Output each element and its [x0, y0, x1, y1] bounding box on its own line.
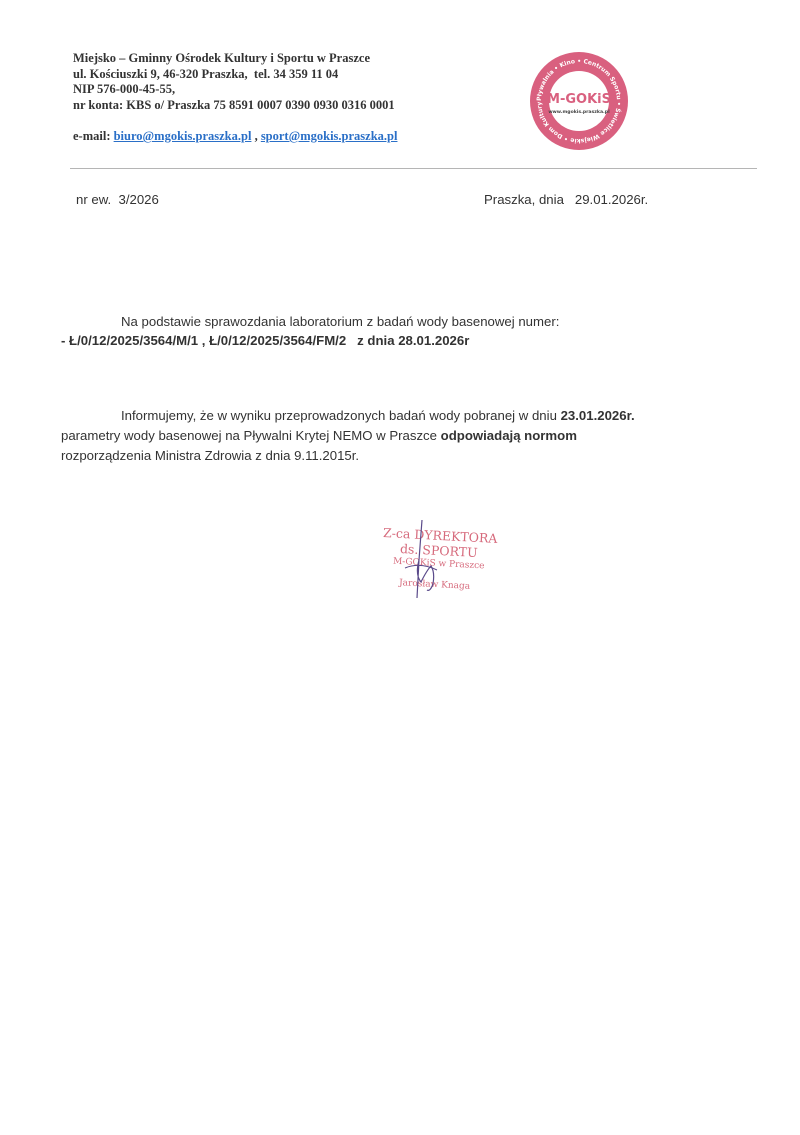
place-and-date: Praszka, dnia 29.01.2026r. — [484, 192, 648, 207]
paragraph-2-line-1: Informujemy, że w wyniku przeprowadzonyc… — [121, 408, 635, 423]
sampling-date: 23.01.2026r. — [561, 408, 635, 423]
compliance-statement: odpowiadają normom — [441, 428, 577, 443]
logo-name: M-GOKiS — [547, 92, 611, 107]
email-label: e-mail: — [73, 129, 114, 143]
email-separator: , — [251, 129, 260, 143]
mgokis-logo-stamp: Pływalnia • Kino • Centrum Sportu • Świe… — [528, 50, 630, 152]
mgokis-logo-icon: Pływalnia • Kino • Centrum Sportu • Świe… — [528, 50, 630, 152]
logo-url: www.mgokis.praszka.pl — [548, 109, 610, 115]
letterhead: Miejsko – Gminny Ośrodek Kultury i Sport… — [73, 51, 397, 145]
p2-l1-text: Informujemy, że w wyniku przeprowadzonyc… — [121, 408, 561, 423]
org-email-line: e-mail: biuro@mgokis.praszka.pl , sport@… — [73, 129, 397, 145]
signature-stamp: Z-ca DYREKTORA ds. SPORTU M-GOKiS w Pras… — [375, 520, 510, 605]
email-link-biuro[interactable]: biuro@mgokis.praszka.pl — [114, 129, 252, 143]
paragraph-1-intro: Na podstawie sprawozdania laboratorium z… — [121, 314, 559, 329]
org-address: ul. Kościuszki 9, 46-320 Praszka, tel. 3… — [73, 67, 397, 83]
p2-l2-text: parametry wody basenowej na Pływalni Kry… — [61, 428, 441, 443]
paragraph-2-line-2: parametry wody basenowej na Pływalni Kry… — [61, 428, 577, 443]
email-link-sport[interactable]: sport@mgokis.praszka.pl — [261, 129, 398, 143]
org-bank-account: nr konta: KBS o/ Praszka 75 8591 0007 03… — [73, 98, 397, 114]
header-separator — [70, 168, 757, 169]
paragraph-1-report-numbers: - Ł/0/12/2025/3564/M/1 , Ł/0/12/2025/356… — [61, 333, 469, 348]
org-nip: NIP 576-000-45-55, — [73, 82, 397, 98]
handwritten-signature-icon — [375, 520, 510, 605]
org-name: Miejsko – Gminny Ośrodek Kultury i Sport… — [73, 51, 397, 67]
paragraph-2-line-3: rozporządzenia Ministra Zdrowia z dnia 9… — [61, 448, 359, 463]
reference-number: nr ew. 3/2026 — [76, 192, 159, 207]
